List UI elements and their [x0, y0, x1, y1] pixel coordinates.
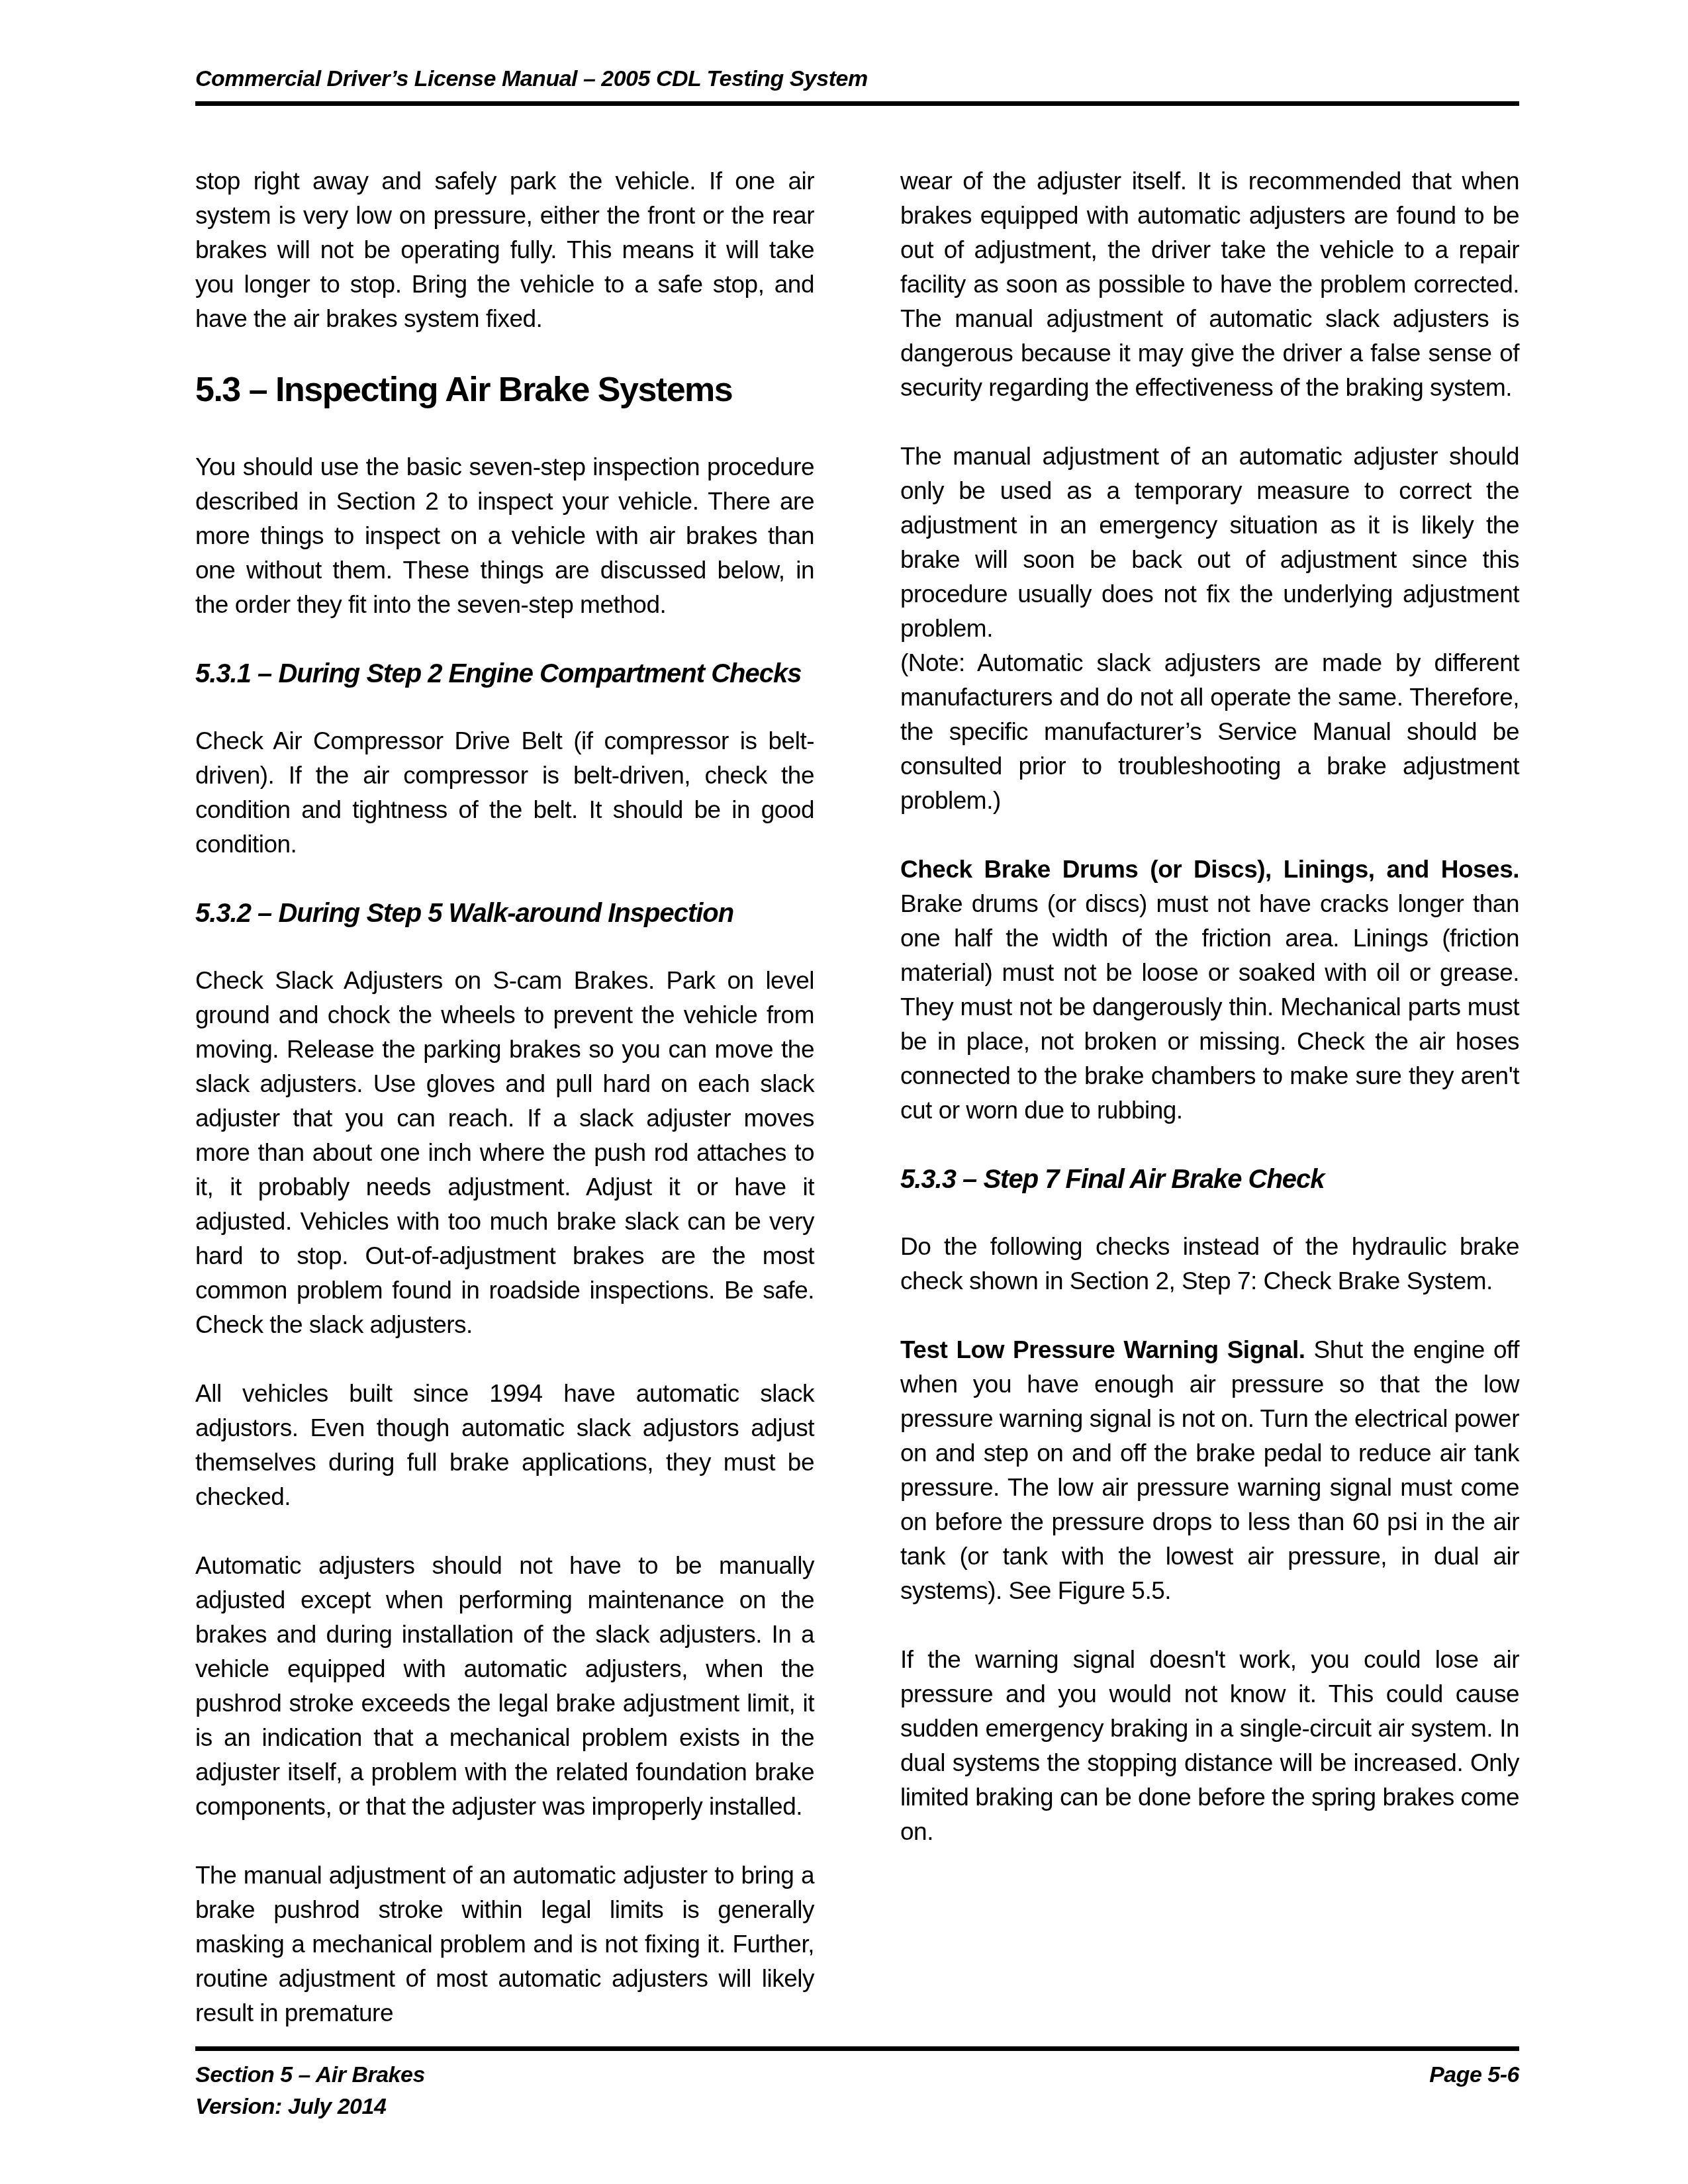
paragraph: The manual adjustment of an automatic ad…: [900, 439, 1519, 646]
paragraph-body: Brake drums (or discs) must not have cra…: [900, 890, 1519, 1124]
paragraph-continuation: stop right away and safely park the vehi…: [195, 164, 814, 336]
footer-row: Section 5 – Air Brakes Page 5-6: [195, 2059, 1519, 2091]
paragraph-lead-bold: Test Low Pressure Warning Signal.: [900, 1336, 1305, 1363]
footer-section-label: Section 5 – Air Brakes: [195, 2059, 425, 2091]
subsection-heading-5-3-3: 5.3.3 – Step 7 Final Air Brake Check: [900, 1162, 1519, 1197]
page-header: Commercial Driver’s License Manual – 200…: [195, 66, 1519, 106]
paragraph: Automatic adjusters should not have to b…: [195, 1549, 814, 1824]
paragraph: Check Brake Drums (or Discs), Linings, a…: [900, 852, 1519, 1128]
left-column: stop right away and safely park the vehi…: [195, 164, 814, 2065]
paragraph: All vehicles built since 1994 have autom…: [195, 1377, 814, 1514]
paragraph: Do the following checks instead of the h…: [900, 1230, 1519, 1298]
manual-page: Commercial Driver’s License Manual – 200…: [0, 0, 1688, 2184]
paragraph-note: (Note: Automatic slack adjusters are mad…: [900, 646, 1519, 818]
paragraph: Check Slack Adjusters on S-cam Brakes. P…: [195, 964, 814, 1342]
footer-page-number: Page 5-6: [1429, 2059, 1519, 2091]
footer-version-label: Version: July 2014: [195, 2091, 1519, 2122]
subsection-heading-5-3-2: 5.3.2 – During Step 5 Walk-around Inspec…: [195, 896, 814, 931]
section-heading-5-3: 5.3 – Inspecting Air Brake Systems: [195, 371, 814, 409]
content-columns: stop right away and safely park the vehi…: [195, 164, 1519, 2065]
paragraph: The manual adjustment of an automatic ad…: [195, 1858, 814, 2030]
paragraph-lead-bold: Check Brake Drums (or Discs), Linings, a…: [900, 856, 1519, 883]
subsection-heading-5-3-1: 5.3.1 – During Step 2 Engine Compartment…: [195, 657, 814, 691]
header-title: Commercial Driver’s License Manual – 200…: [195, 66, 868, 91]
paragraph-continuation: wear of the adjuster itself. It is recom…: [900, 164, 1519, 405]
paragraph: Test Low Pressure Warning Signal. Shut t…: [900, 1333, 1519, 1608]
paragraph-body: Shut the engine off when you have enough…: [900, 1336, 1519, 1604]
paragraph: If the warning signal doesn't work, you …: [900, 1643, 1519, 1849]
page-footer: Section 5 – Air Brakes Page 5-6 Version:…: [195, 2046, 1519, 2122]
paragraph: Check Air Compressor Drive Belt (if comp…: [195, 724, 814, 862]
right-column: wear of the adjuster itself. It is recom…: [900, 164, 1519, 2065]
paragraph: You should use the basic seven-step insp…: [195, 450, 814, 622]
